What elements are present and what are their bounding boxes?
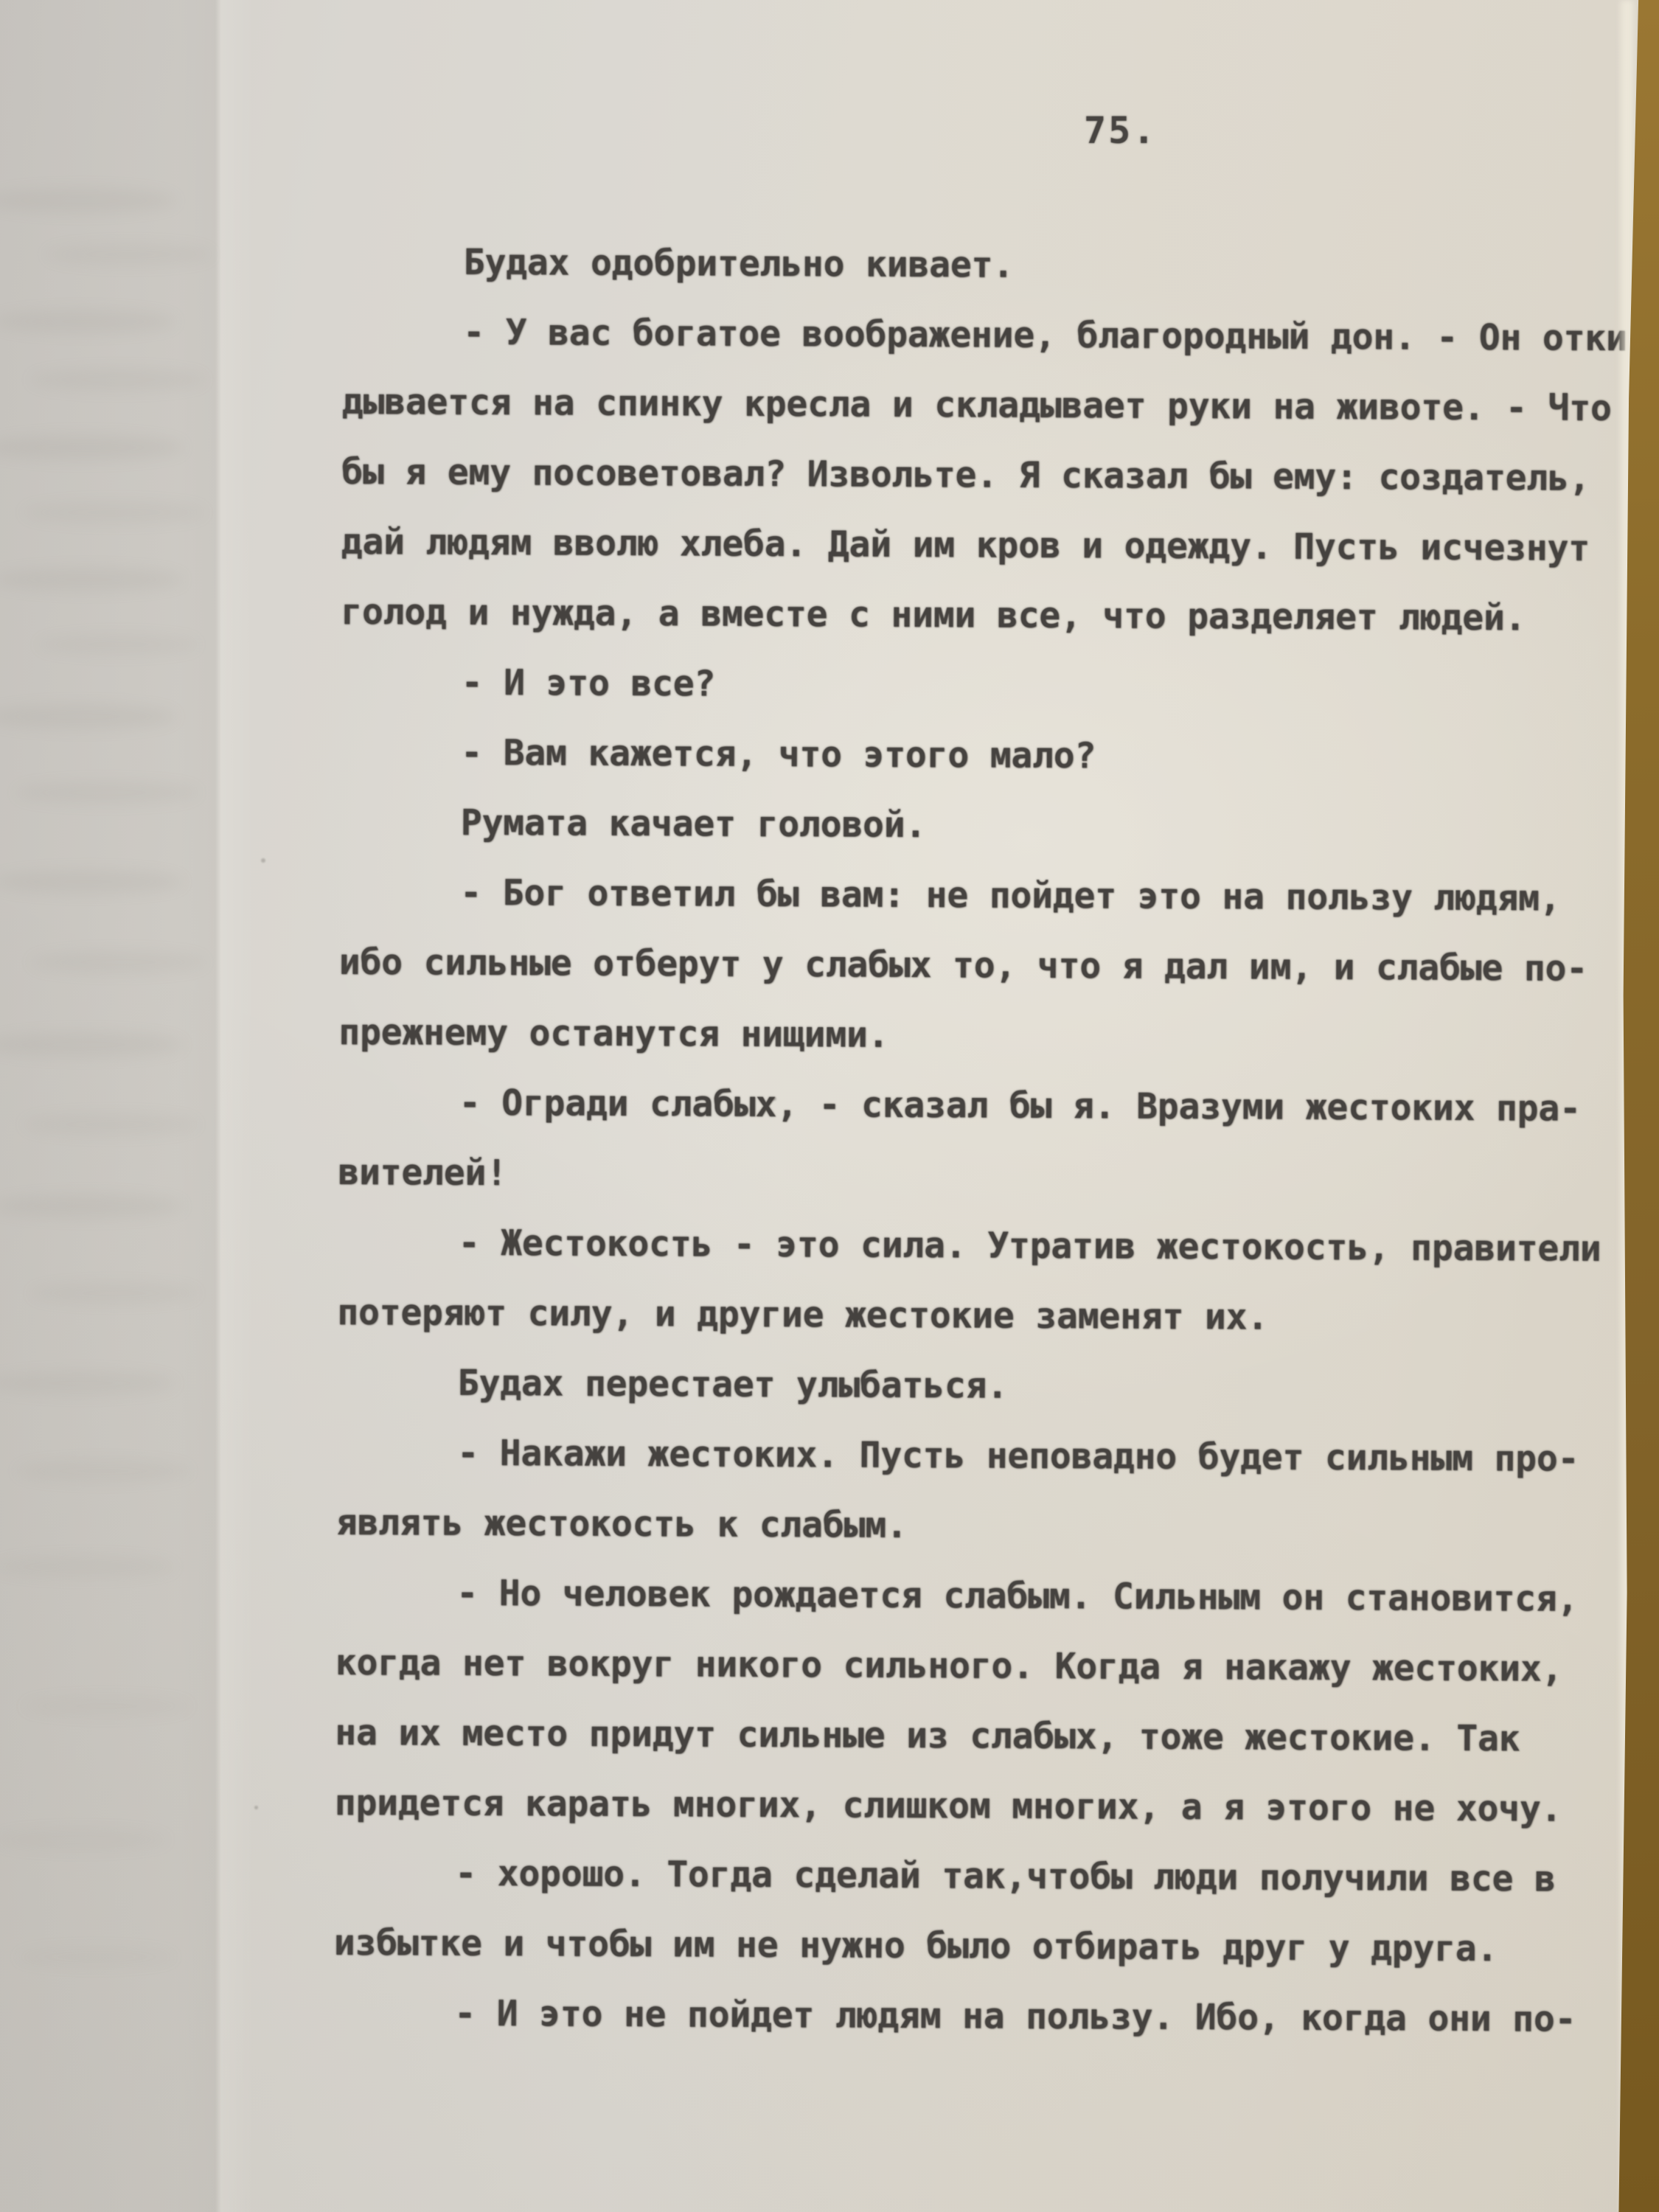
text-line: голод и нужда, а вместе с ними все, что … (341, 577, 1638, 654)
text-line: - Огради слабых, - сказал бы я. Вразуми … (338, 1068, 1636, 1144)
text-line: бы я ему посоветовал? Извольте. Я сказал… (341, 437, 1639, 514)
show-through-smudge (0, 1556, 177, 1578)
show-through-smudge (29, 369, 206, 391)
text-line: когда нет вокруг никого сильного. Когда … (335, 1628, 1633, 1705)
show-through-smudge (44, 243, 214, 265)
show-through-smudge (22, 1696, 192, 1717)
show-through-smudge (29, 951, 206, 973)
typed-text-block: Будах одобрительно кивает.- У вас богато… (333, 227, 1641, 2055)
page-number: 75. (1084, 109, 1157, 152)
dust-speck (254, 1806, 258, 1809)
text-line: дывается на спинку кресла и складывает р… (342, 367, 1640, 444)
text-line: Будах перестает улыбаться. (337, 1348, 1635, 1425)
text-line: - Вам кажется, что этого мало? (340, 717, 1638, 794)
text-line: - Накажи жестоких. Пусть неповадно будет… (336, 1418, 1634, 1495)
text-line: - Но человек рождается слабым. Сильным о… (335, 1558, 1633, 1635)
show-through-smudge (22, 1113, 199, 1135)
show-through-smudge (0, 1194, 184, 1218)
show-through-smudge (0, 568, 184, 591)
show-through-smudge (15, 1947, 177, 1967)
show-through-smudge (0, 1829, 170, 1851)
text-line: на их место придут сильные из слабых, то… (335, 1698, 1632, 1775)
text-line: - И это не пойдет людям на пользу. Ибо, … (333, 1978, 1631, 2055)
text-line: Румата качает головой. (340, 787, 1638, 864)
show-through-smudge (0, 310, 177, 333)
scanned-page-photo: 75. Будах одобрительно кивает.- У вас бо… (0, 0, 1659, 2212)
text-line: дай людям вволю хлеба. Дай им кров и оде… (341, 507, 1639, 584)
text-line: придется карать многих, слишком многих, … (335, 1768, 1632, 1845)
show-through-smudge (15, 782, 199, 804)
text-line: - Бог ответил бы вам: не пойдет это на п… (339, 858, 1637, 934)
text-line: Будах одобрительно кивает. (343, 227, 1641, 304)
text-line: - хорошо. Тогда сделай так,чтобы люди по… (334, 1838, 1632, 1915)
text-line: - Жестокость - это сила. Утратив жестоко… (338, 1208, 1635, 1284)
show-through-smudge (0, 870, 184, 894)
text-line: прежнему останутся нищими. (338, 998, 1636, 1074)
text-line: ибо сильные отберут у слабых то, что я д… (339, 928, 1637, 1004)
text-line: - И это все? (341, 647, 1638, 724)
show-through-smudge (37, 634, 199, 655)
text-line: вителей! (338, 1138, 1635, 1214)
show-through-smudge (29, 1283, 199, 1304)
text-line: избытке и чтобы им не нужно было отбират… (334, 1908, 1632, 1985)
dust-speck (261, 858, 265, 863)
text-line: являть жестокость к слабым. (336, 1488, 1634, 1565)
show-through-smudge (22, 501, 206, 524)
text-line: - У вас богатое воображение, благородный… (342, 297, 1640, 374)
text-line: потеряют силу, и другие жестокие заменят… (337, 1278, 1635, 1354)
show-through-smudge (15, 1460, 192, 1482)
